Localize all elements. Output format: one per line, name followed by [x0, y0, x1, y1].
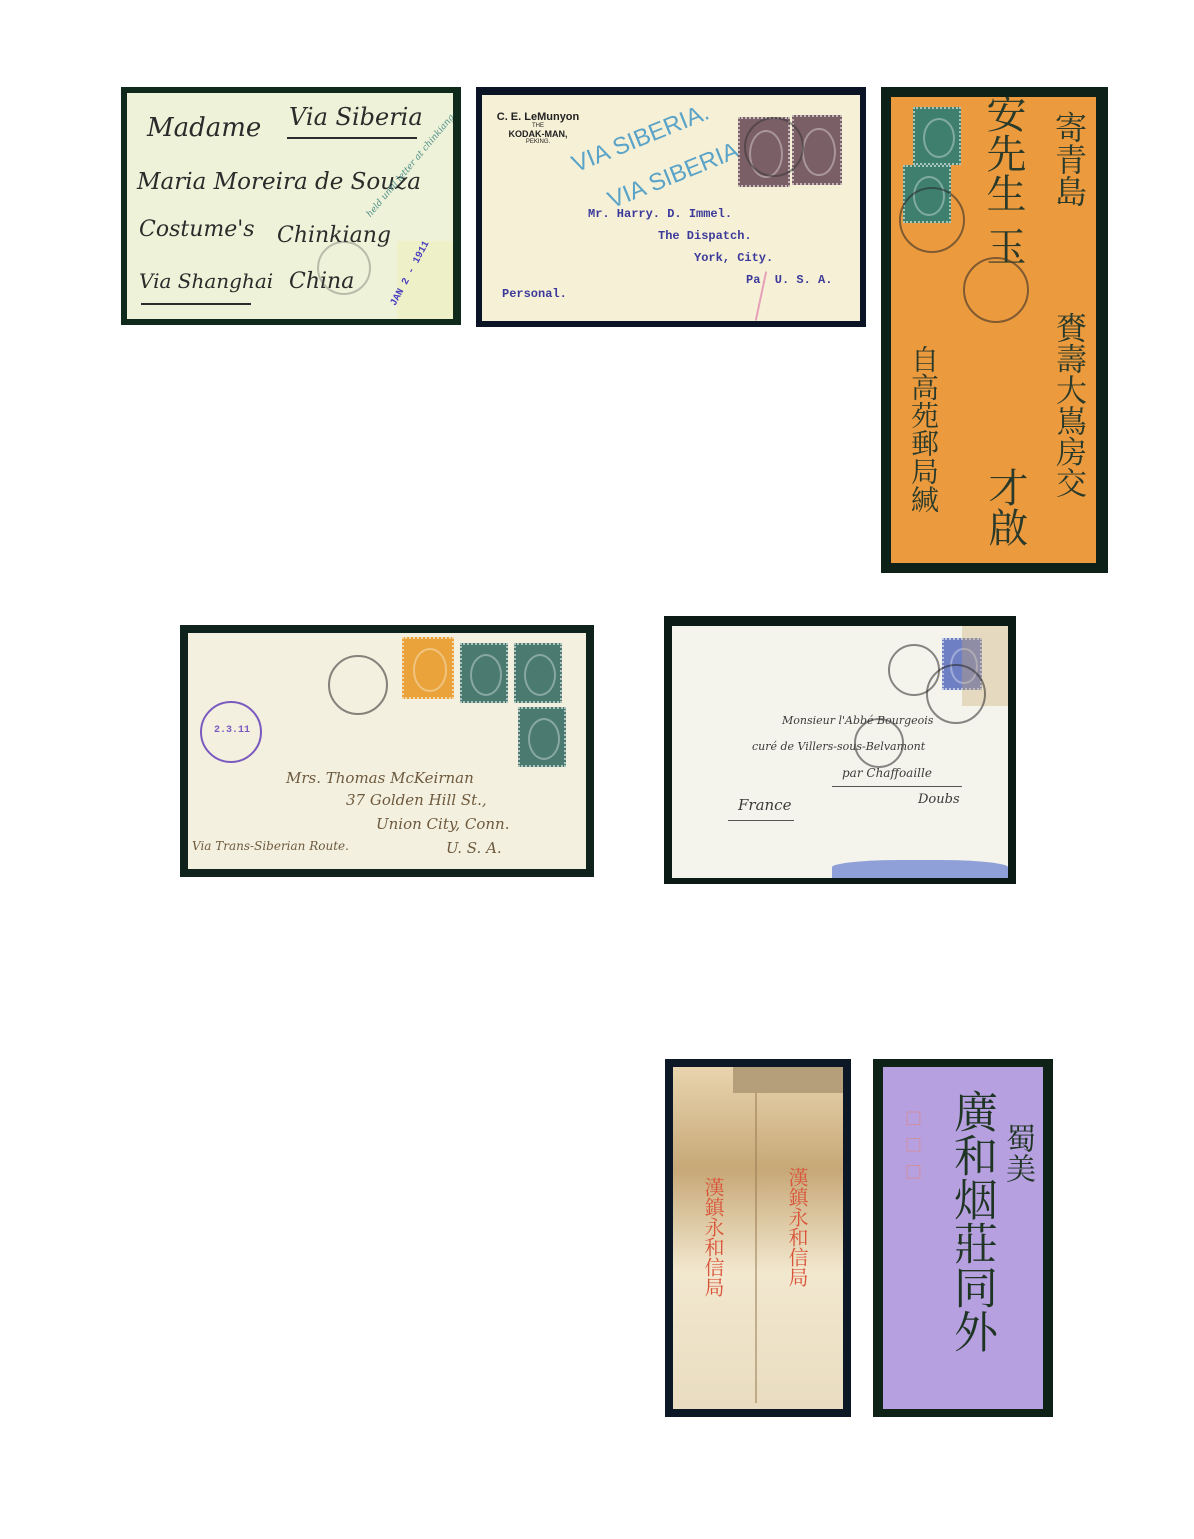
cover-purple-chinese: □ □ □ 廣和烟莊同外 蜀美 — [873, 1059, 1053, 1417]
flap — [733, 1067, 843, 1093]
handwritten-column: 安先生 玉 — [975, 97, 1032, 266]
postmark — [963, 257, 1029, 323]
underline — [728, 820, 794, 821]
corner-card-line: PEKING. — [486, 139, 590, 145]
cover-paper: 漢鎮永和信局 漢鎮永和信局 — [673, 1067, 843, 1409]
handwritten-line: Via Siberia — [289, 103, 423, 131]
cover-paper: Monsieur l'Abbé Bourgeois curé de Viller… — [672, 626, 1008, 878]
cover-mukden-union-city: 2.3.11 Mrs. Thomas McKeirnan 37 Golden H… — [180, 625, 594, 877]
handwritten-column: 才啟 — [977, 467, 1034, 547]
cover-paper: Madame Via Siberia Maria Moreira de Souz… — [127, 93, 453, 319]
center-seam — [755, 1093, 757, 1403]
handwritten-column: 自高苑郵局緘 — [903, 345, 943, 513]
underline — [141, 303, 251, 305]
address-line: U. S. A. — [446, 839, 502, 857]
address-line: Pa. U. S. A. — [746, 273, 832, 287]
address-line: par Chaffoaille — [842, 766, 932, 780]
stamp-dragon-green — [514, 643, 562, 703]
corner-card-line: KODAK-MAN, — [486, 129, 590, 139]
address-line: Mr. Harry. D. Immel. — [588, 207, 732, 221]
stamp-dragon-green — [913, 107, 961, 165]
route-note: Via Trans-Siberian Route. — [192, 839, 349, 853]
personal-note: Personal. — [502, 287, 567, 301]
cover-kodak-man-peking: C. E. LeMunyon THE KODAK-MAN, PEKING. VI… — [476, 87, 866, 327]
address-line: Doubs — [918, 792, 960, 807]
cover-paper: C. E. LeMunyon THE KODAK-MAN, PEKING. VI… — [482, 95, 860, 321]
cover-shanghai-france: Monsieur l'Abbé Bourgeois curé de Viller… — [664, 616, 1016, 884]
handwritten-line: Maria Moreira de Souza — [137, 169, 421, 195]
red-chop-column: □ □ □ — [903, 1107, 924, 1181]
address-line: Mrs. Thomas McKeirnan — [286, 769, 474, 787]
address-line: Union City, Conn. — [376, 815, 509, 833]
cover-paper: □ □ □ 廣和烟莊同外 蜀美 — [883, 1067, 1043, 1409]
address-line: York, City. — [694, 251, 773, 265]
cover-paper: 2.3.11 Mrs. Thomas McKeirnan 37 Golden H… — [188, 633, 586, 869]
postmark-peking — [328, 655, 388, 715]
corner-card-name: C. E. LeMunyon — [486, 111, 590, 123]
address-line: The Dispatch. — [658, 229, 752, 243]
receiving-mark-date: 2.3.11 — [214, 725, 250, 736]
cover-back-yonghe-letter-office: 漢鎮永和信局 漢鎮永和信局 — [665, 1059, 851, 1417]
country-line: France — [738, 796, 791, 814]
red-chop-column: 漢鎮永和信局 — [699, 1177, 728, 1297]
postmark — [899, 187, 965, 253]
handwritten-column: 寄青島 — [1046, 111, 1092, 207]
address-line: 37 Golden Hill St., — [346, 791, 487, 809]
stamp-dragon-green — [460, 643, 508, 703]
handwritten-line: Madame — [147, 113, 261, 143]
underline — [287, 137, 417, 139]
stamp-dragon-green — [518, 707, 566, 767]
corner-card: C. E. LeMunyon THE KODAK-MAN, PEKING. — [486, 111, 590, 145]
handwritten-line: Via Shanghai — [139, 269, 273, 293]
address-line: curé de Villers-sous-Belvamont — [752, 740, 925, 753]
postmark — [317, 241, 371, 295]
handwritten-column: 賚壽大嶌房交 — [1046, 312, 1091, 498]
handwritten-column: 蜀美 — [995, 1123, 1039, 1183]
handwritten-line: Costume's — [139, 217, 255, 242]
torn-edge — [832, 860, 1008, 878]
cover-madame-via-siberia: Madame Via Siberia Maria Moreira de Souz… — [121, 87, 461, 325]
cover-paper: 寄青島 賚壽大嶌房交 安先生 玉 才啟 自高苑郵局緘 — [891, 97, 1096, 563]
postmark — [744, 117, 804, 177]
handwritten-column: 廣和烟莊同外 — [939, 1089, 1003, 1353]
stamp-dragon-orange — [402, 637, 454, 699]
underline — [832, 786, 962, 787]
red-chop-column: 漢鎮永和信局 — [783, 1167, 812, 1287]
cover-orange-chinese: 寄青島 賚壽大嶌房交 安先生 玉 才啟 自高苑郵局緘 — [881, 87, 1108, 573]
postmark — [926, 664, 986, 724]
address-line: Monsieur l'Abbé Bourgeois — [782, 714, 933, 727]
